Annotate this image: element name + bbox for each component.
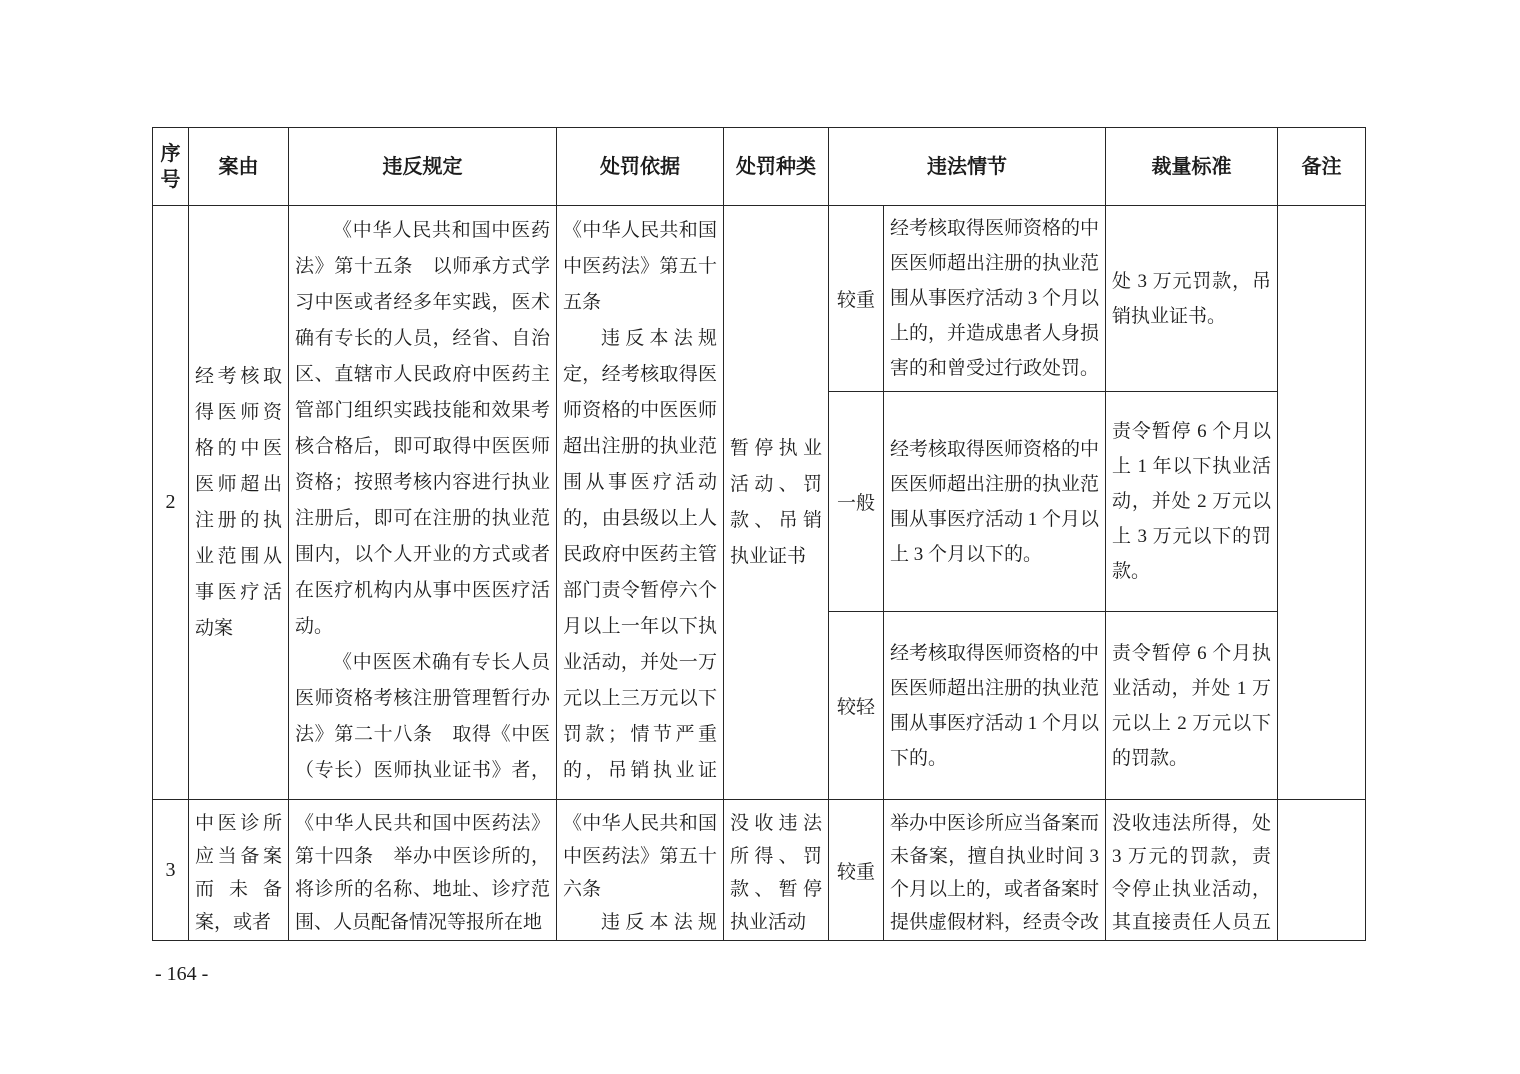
table-header-row: 序号 案由 违反规定 处罚依据 处罚种类 违法情节 裁量标准 备注 [153, 128, 1366, 206]
row2-standard-cell-light: 责令暂停 6 个月执业活动，并处 1 万元以上 2 万元以下的罚款。 [1106, 612, 1278, 800]
standard-text: 责令暂停 6 个月执业活动，并处 1 万元以上 2 万元以下的罚款。 [1112, 636, 1271, 776]
row2-severity-cell-light: 较轻 [829, 612, 884, 800]
row3-violation-cell: 《中华人民共和国中医药法》第十四条 举办中医诊所的，将诊所的名称、地址、诊疗范围… [289, 800, 557, 941]
basis-paragraph-1: 《中华人民共和国中医药法》第五十五条 [563, 213, 717, 321]
standard-text: 处 3 万元罚款，吊销执业证书。 [1112, 264, 1271, 334]
header-violation: 违反规定 [289, 128, 557, 206]
row2-violation-cell: 《中华人民共和国中医药法》第十五条 以师承方式学习中医或者经多年实践，医术确有专… [289, 206, 557, 800]
row2-remark-cell [1278, 206, 1366, 800]
table-row: 2 经考核取得医师资格的中医医师超出注册的执业范围从事医疗活动案 《中华人民共和… [153, 206, 1366, 392]
row2-penalty-type-cell: 暂停执业活动、罚款、吊销执业证书 [724, 206, 829, 800]
row3-penalty-type-cell: 没收违法所得、罚款、暂停执业活动 [724, 800, 829, 941]
row3-index-cell: 3 [153, 800, 189, 941]
case-text: 中医诊所应当备案而未备案，或者 [195, 807, 282, 933]
standard-text: 没收违法所得，处 3 万元的罚款，责令停止执业活动，其直接责任人员五年内不 [1112, 807, 1271, 933]
violation-text: 《中华人民共和国中医药法》第十四条 举办中医诊所的，将诊所的名称、地址、诊疗范围… [295, 807, 550, 933]
header-index: 序号 [153, 128, 189, 206]
header-penalty-type: 处罚种类 [724, 128, 829, 206]
row2-index-cell: 2 [153, 206, 189, 800]
circumstance-text: 经考核取得医师资格的中医医师超出注册的执业范围从事医疗活动 1 个月以上 3 个… [890, 432, 1099, 572]
document-page: 序号 案由 违反规定 处罚依据 处罚种类 违法情节 裁量标准 备注 2 经考核取… [0, 0, 1520, 1074]
header-remark: 备注 [1278, 128, 1366, 206]
row3-basis-cell: 《中华人民共和国中医药法》第五十六条 违反本法规定， [557, 800, 724, 941]
header-case: 案由 [189, 128, 289, 206]
row3-case-cell: 中医诊所应当备案而未备案，或者 [189, 800, 289, 941]
violation-paragraph-1: 《中华人民共和国中医药法》第十五条 以师承方式学习中医或者经多年实践，医术确有专… [295, 213, 550, 645]
row3-remark-cell [1278, 800, 1366, 941]
header-basis: 处罚依据 [557, 128, 724, 206]
penalty-discretion-table: 序号 案由 违反规定 处罚依据 处罚种类 违法情节 裁量标准 备注 2 经考核取… [152, 127, 1366, 941]
row2-standard-cell-general: 责令暂停 6 个月以上 1 年以下执业活动，并处 2 万元以上 3 万元以下的罚… [1106, 392, 1278, 612]
violation-text: 《中华人民共和国中医药法》第十五条 以师承方式学习中医或者经多年实践，医术确有专… [295, 213, 550, 793]
basis-paragraph-2: 违反本法规定，经考核取得医师资格的中医医师超出注册的执业范围从事医疗活动的，由县… [563, 321, 717, 793]
violation-paragraph-1: 《中华人民共和国中医药法》第十四条 举办中医诊所的，将诊所的名称、地址、诊疗范围… [295, 807, 550, 933]
basis-paragraph-1: 《中华人民共和国中医药法》第五十六条 [563, 807, 717, 906]
basis-text: 《中华人民共和国中医药法》第五十六条 违反本法规定， [563, 807, 717, 933]
row3-standard-cell-heavy: 没收违法所得，处 3 万元的罚款，责令停止执业活动，其直接责任人员五年内不 [1106, 800, 1278, 941]
violation-paragraph-2: 《中医医术确有专长人员医师资格考核注册管理暂行办法》第二十八条 取得《中医（专长… [295, 645, 550, 793]
penalty-type-text: 没收违法所得、罚款、暂停执业活动 [730, 807, 822, 933]
header-circumstance: 违法情节 [829, 128, 1106, 206]
circumstance-text: 经考核取得医师资格的中医医师超出注册的执业范围从事医疗活动 3 个月以上的，并造… [890, 211, 1099, 386]
standard-text: 责令暂停 6 个月以上 1 年以下执业活动，并处 2 万元以上 3 万元以下的罚… [1112, 414, 1271, 589]
circumstance-text: 经考核取得医师资格的中医医师超出注册的执业范围从事医疗活动 1 个月以下的。 [890, 636, 1099, 776]
row2-basis-cell: 《中华人民共和国中医药法》第五十五条 违反本法规定，经考核取得医师资格的中医医师… [557, 206, 724, 800]
circumstance-text: 举办中医诊所应当备案而未备案，擅自执业时间 3 个月以上的，或者备案时提供虚假材… [890, 807, 1099, 933]
row2-circumstance-cell-heavy: 经考核取得医师资格的中医医师超出注册的执业范围从事医疗活动 3 个月以上的，并造… [884, 206, 1106, 392]
basis-text: 《中华人民共和国中医药法》第五十五条 违反本法规定，经考核取得医师资格的中医医师… [563, 213, 717, 793]
row2-case-cell: 经考核取得医师资格的中医医师超出注册的执业范围从事医疗活动案 [189, 206, 289, 800]
case-text: 经考核取得医师资格的中医医师超出注册的执业范围从事医疗活动案 [195, 359, 282, 647]
row2-severity-cell-heavy: 较重 [829, 206, 884, 392]
penalty-type-text: 暂停执业活动、罚款、吊销执业证书 [730, 431, 822, 575]
table-row: 3 中医诊所应当备案而未备案，或者 《中华人民共和国中医药法》第十四条 举办中医… [153, 800, 1366, 941]
header-standard: 裁量标准 [1106, 128, 1278, 206]
row2-circumstance-cell-light: 经考核取得医师资格的中医医师超出注册的执业范围从事医疗活动 1 个月以下的。 [884, 612, 1106, 800]
row2-severity-cell-general: 一般 [829, 392, 884, 612]
row3-circumstance-cell-heavy: 举办中医诊所应当备案而未备案，擅自执业时间 3 个月以上的，或者备案时提供虚假材… [884, 800, 1106, 941]
row3-severity-cell-heavy: 较重 [829, 800, 884, 941]
row2-circumstance-cell-general: 经考核取得医师资格的中医医师超出注册的执业范围从事医疗活动 1 个月以上 3 个… [884, 392, 1106, 612]
row2-standard-cell-heavy: 处 3 万元罚款，吊销执业证书。 [1106, 206, 1278, 392]
page-number: - 164 - [155, 963, 208, 986]
basis-paragraph-2: 违反本法规定， [563, 906, 717, 933]
